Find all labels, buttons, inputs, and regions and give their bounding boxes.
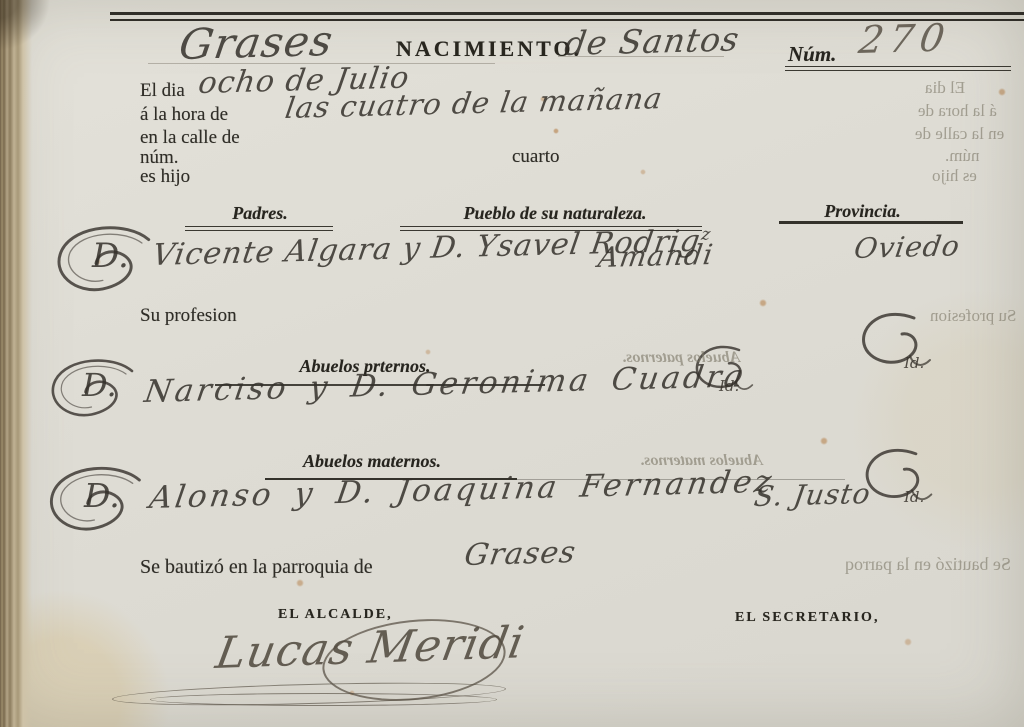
bleed-profession-label: Su profesion <box>930 306 1016 326</box>
street-label: en la calle de <box>140 127 240 149</box>
paternal-id-label-a: Id. <box>719 377 739 395</box>
secretario-label: EL SECRETARIO, <box>735 610 879 626</box>
register-page: Grases NACIMIENTO. de Santos Núm. 270 El… <box>0 0 1024 727</box>
num-value: 270 <box>856 16 954 62</box>
maternal-initial: D. <box>84 476 120 515</box>
col-provincia: Provincia. <box>780 201 945 222</box>
maternal-id-label: Id. <box>904 488 924 506</box>
bleed-day-label: El dia <box>925 78 965 98</box>
baptism-parish: Grases <box>462 535 578 573</box>
day-label: El dia <box>140 80 185 102</box>
paternal-initial-flourish: D. <box>48 358 138 420</box>
bleed-child-label: es hijo <box>932 166 977 186</box>
id-flourish-icon <box>856 448 941 506</box>
signature-underline-flourish-2 <box>150 693 497 706</box>
baptism-label: Se bautizó en la parroquia de <box>140 556 373 579</box>
maternal-initial-flourish: D. <box>46 466 146 534</box>
bleed-maternal-header: Abuelos maternos. <box>640 452 763 470</box>
paternal-initial: D. <box>82 366 117 404</box>
col-padres: Padres. <box>200 203 320 224</box>
bleed-street-label: en la calle de <box>915 124 1004 144</box>
bleed-number-label: núm. <box>945 146 979 166</box>
maternal-names: Alonso y D. Joaquina Fernandez <box>147 464 777 516</box>
bleed-paternal-header: Abuelos paternos. <box>622 349 740 367</box>
id-flourish-icon <box>852 312 940 372</box>
alcalde-label: EL ALCALDE, <box>278 607 393 623</box>
num-label: Núm. <box>788 42 836 67</box>
child-label: es hijo <box>140 166 190 188</box>
book-binding-edge <box>0 0 32 727</box>
floor-label: cuarto <box>512 146 559 168</box>
bleed-hour-label: á la hora de <box>918 101 997 121</box>
parents-pueblo-value: Amandi <box>596 238 716 274</box>
bleed-baptism-label: Se bautizó en la parroq <box>845 554 1011 575</box>
form-title: NACIMIENTO. <box>396 36 582 62</box>
paternal-id-label-b: Id. <box>904 354 924 372</box>
parents-initial-flourish: D. <box>52 226 157 294</box>
maternal-pueblo-value: S. Justo <box>752 477 873 513</box>
binding-corner-shadow <box>0 0 60 50</box>
paternal-idmark-provincia: Id. <box>852 312 940 378</box>
hour-label: á la hora de <box>140 104 228 126</box>
num-rule <box>785 66 1011 71</box>
col-pueblo: Pueblo de su naturaleza. <box>405 203 705 224</box>
maternal-idmark: Id. <box>856 448 941 510</box>
parents-initial: D. <box>92 236 129 276</box>
col-provincia-rule <box>779 221 963 224</box>
parents-provincia-value: Oviedo <box>852 229 962 265</box>
municipality-name: Grases <box>176 16 337 69</box>
registered-name: de Santos <box>562 19 742 63</box>
maternal-header: Abuelos maternos. <box>262 451 482 472</box>
col-padres-rule <box>185 226 333 231</box>
profession-label: Su profesion <box>140 305 237 327</box>
